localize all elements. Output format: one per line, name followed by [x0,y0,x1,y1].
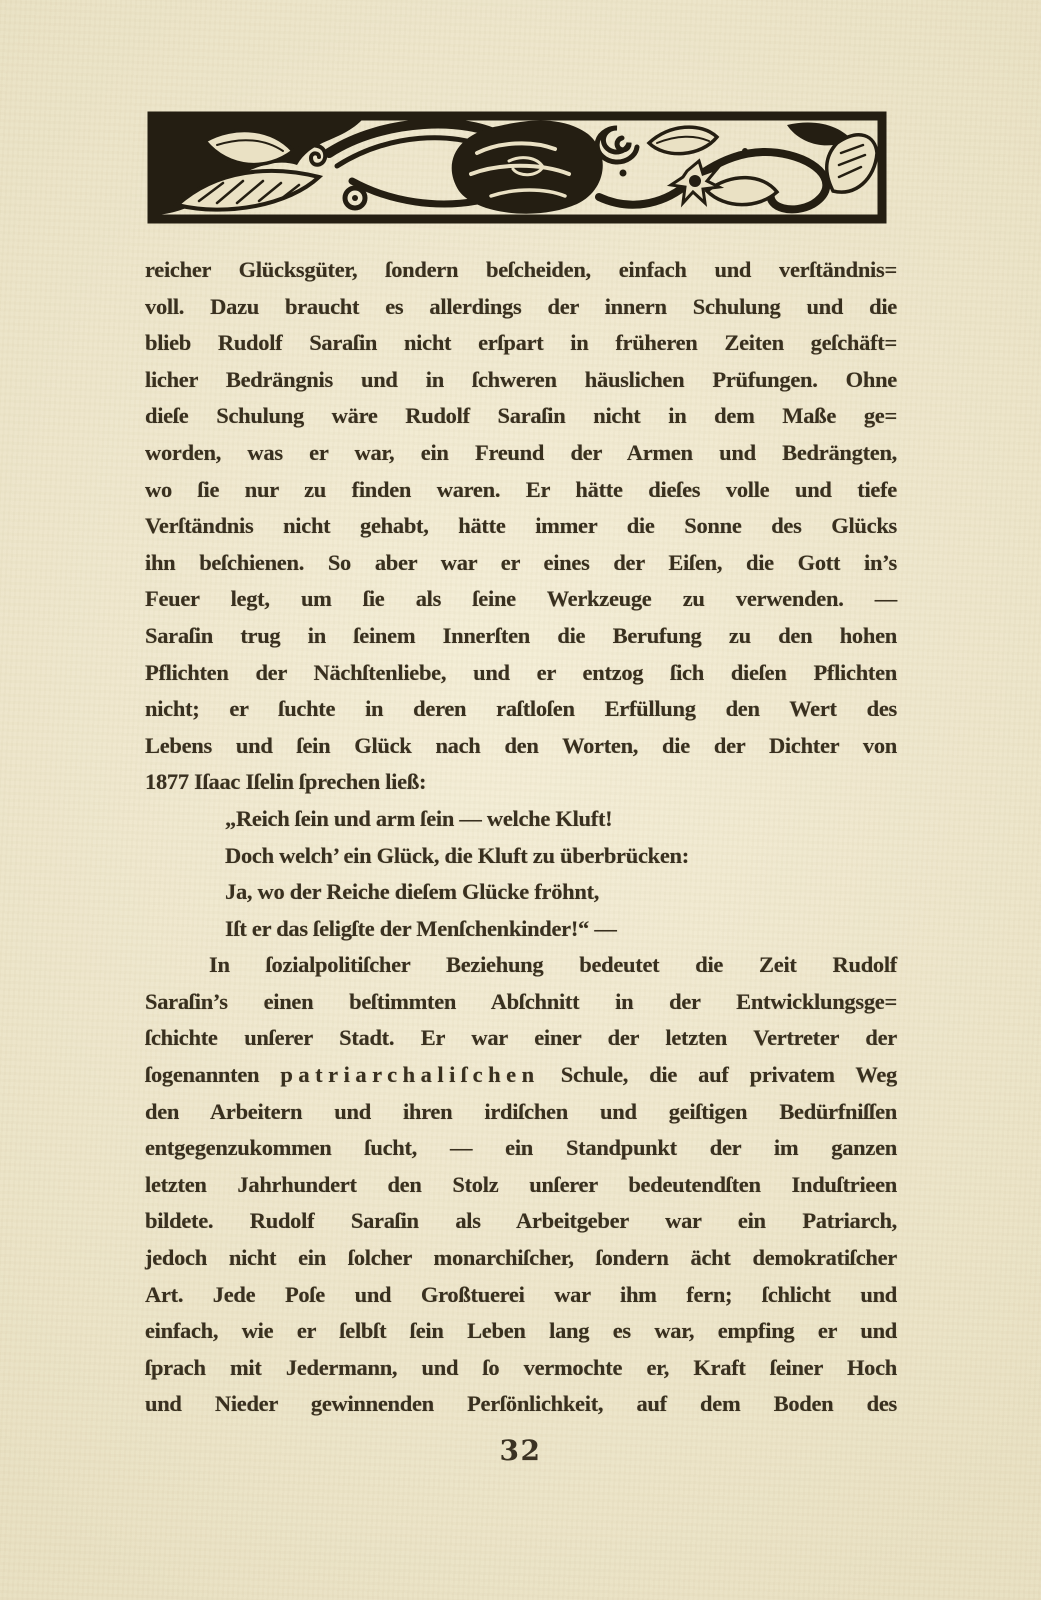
poem-line: Iſt er das ſeligſte der Menſchenkinder!“… [145,911,897,948]
text-line: ſogenannten patriarchaliſchen Schule, di… [145,1057,897,1094]
text-line: Saraſin trug in ſeinem Innerſten die Ber… [145,618,897,655]
text-line: ſchichte unſerer Stadt. Er war einer der… [145,1020,897,1057]
text-line: entgegenzukommen ſucht, — ein Standpunkt… [145,1130,897,1167]
text-line: dieſe Schulung wäre Rudolf Saraſin nicht… [145,398,897,435]
header-ornament-woodcut [147,111,887,225]
text-line: wo ſie nur zu finden waren. Er hätte die… [145,472,897,509]
text-line: 1877 Iſaac Iſelin ſprechen ließ: [145,764,897,801]
text-line: blieb Rudolf Saraſin nicht erſpart in fr… [145,325,897,362]
text-line: nicht; er ſuchte in deren raſtloſen Erfü… [145,691,897,728]
text-segment: Schule, die auf privatem Weg [540,1062,897,1087]
text-line: In ſozialpolitiſcher Beziehung bedeutet … [145,947,897,984]
text-line: letzten Jahrhundert den Stolz unſerer be… [145,1167,897,1204]
text-line: Art. Jede Poſe und Großtuerei war ihm fe… [145,1277,897,1314]
poem-line: „Reich ſein und arm ſein — welche Kluft! [145,801,897,838]
text-line: bildete. Rudolf Saraſin als Arbeitgeber … [145,1203,897,1240]
text-segment: ſogenannten [145,1062,280,1087]
emphasized-word-letterspaced: patriarchaliſchen [280,1062,539,1087]
text-line: ihn beſchienen. So aber war er eines der… [145,545,897,582]
text-line: voll. Dazu braucht es allerdings der inn… [145,289,897,326]
text-line: reicher Glücksgüter, ſondern beſcheiden,… [145,252,897,289]
poem-line: Doch welch’ ein Glück, die Kluft zu über… [145,838,897,875]
text-line: den Arbeitern und ihren irdiſchen und ge… [145,1094,897,1131]
page-text-block: reicher Glücksgüter, ſondern beſcheiden,… [145,252,897,1423]
page-number: 32 [0,1434,1041,1467]
text-line: Lebens und ſein Glück nach den Worten, d… [145,728,897,765]
text-line: einfach, wie er ſelbſt ſein Leben lang e… [145,1313,897,1350]
poem-line: Ja, wo der Reiche dieſem Glücke fröhnt, [145,874,897,911]
text-line: licher Bedrängnis und in ſchweren häusli… [145,362,897,399]
text-line: jedoch nicht ein ſolcher monarchiſcher, … [145,1240,897,1277]
text-line: Pflichten der Nächſtenliebe, und er entz… [145,655,897,692]
text-line: worden, was er war, ein Freund der Armen… [145,435,897,472]
text-line: Verſtändnis nicht gehabt, hätte immer di… [145,508,897,545]
text-line: Saraſin’s einen beſtimmten Abſchnitt in … [145,984,897,1021]
text-line: ſprach mit Jedermann, und ſo vermochte e… [145,1350,897,1387]
text-line: Feuer legt, um ſie als ſeine Werkzeuge z… [145,581,897,618]
text-line: und Nieder gewinnenden Perſönlichkeit, a… [145,1386,897,1423]
